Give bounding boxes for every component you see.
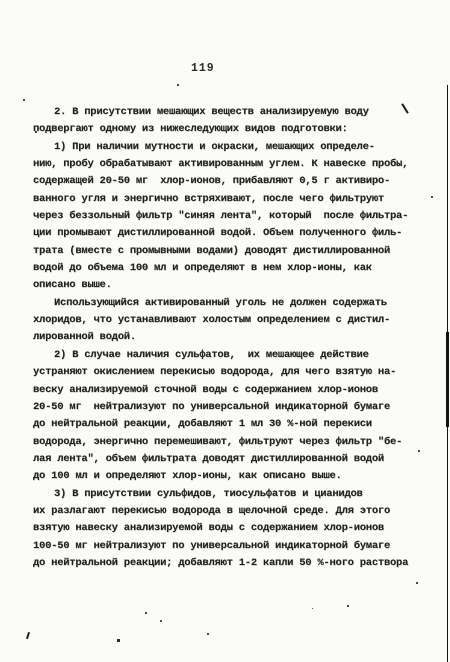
text-line: ванного угля и энергично встряхивают, по… bbox=[33, 191, 431, 208]
text-line: лированной водой. bbox=[33, 329, 431, 346]
text-line: водорода, энергично перемешивают, фильтр… bbox=[33, 434, 431, 451]
text-line: до 100 мл и определяют хлор-ионы, как оп… bbox=[33, 468, 431, 485]
scan-speck bbox=[347, 605, 349, 607]
text-line: трата (вместе с промывными водами) довод… bbox=[33, 243, 431, 260]
scan-speck bbox=[117, 639, 120, 642]
scan-speck bbox=[431, 196, 433, 198]
text-line: устраняют окислением перекисью водорода,… bbox=[33, 364, 431, 381]
text-line: описано выше. bbox=[33, 277, 431, 294]
scan-speck bbox=[312, 608, 313, 609]
scan-speck bbox=[145, 612, 147, 614]
text-line: до нейтральной реакции; добавляют 1-2 ка… bbox=[33, 555, 431, 572]
scanned-page: 119 2. В присутствии мешающих веществ ан… bbox=[0, 0, 450, 662]
scan-speck bbox=[160, 620, 162, 622]
text-line: ции промывают дистиллированной водой. Об… bbox=[33, 225, 431, 242]
text-line: лая лента", объем фильтрата доводят дист… bbox=[33, 451, 431, 468]
text-line: нию, пробу обрабатывают активированным у… bbox=[33, 156, 431, 173]
text-line: 2) В случае наличия сульфатов, их мешающ… bbox=[33, 347, 431, 364]
page-number: 119 bbox=[191, 62, 215, 75]
text-line: 20-50 мг нейтрализуют по универсальной и… bbox=[33, 399, 431, 416]
scan-speck bbox=[177, 84, 179, 86]
text-line: 100-50 мг нейтрализуют по универсальной … bbox=[33, 538, 431, 555]
text-line: хлоридов, что устанавливают холостым опр… bbox=[33, 312, 431, 329]
text-line: Использующийся активированный уголь не д… bbox=[33, 295, 431, 312]
scan-edge-line-thick bbox=[446, 332, 449, 427]
text-line: их разлагают перекисью водорода в щелочн… bbox=[33, 503, 431, 520]
text-block: 2. В присутствии мешающих веществ анализ… bbox=[33, 104, 431, 572]
scan-speck bbox=[416, 582, 418, 584]
text-line: 3) В присутствии сульфидов, тиосульфатов… bbox=[33, 486, 431, 503]
scan-hook-mark bbox=[26, 632, 30, 639]
scan-speck bbox=[418, 450, 420, 452]
text-line: 2. В присутствии мешающих веществ анализ… bbox=[33, 104, 431, 121]
text-line: через беззольный фильтр "синяя лента", к… bbox=[33, 208, 431, 225]
scan-speck bbox=[23, 99, 25, 101]
text-line: взятую навеску анализируемой воды с соде… bbox=[33, 520, 431, 537]
scan-speck bbox=[35, 131, 37, 133]
text-line: подвергают одному из нижеследующих видов… bbox=[33, 121, 431, 138]
text-line: содержащей 20-50 мг хлор-ионов, прибавля… bbox=[33, 173, 431, 190]
scan-speck bbox=[207, 633, 209, 635]
text-line: водой до объема 100 мл и определяют в не… bbox=[33, 260, 431, 277]
text-line: до нейтральной реакции, добавляют 1 мл 3… bbox=[33, 416, 431, 433]
text-line: веску анализируемой сточной воды с содер… bbox=[33, 382, 431, 399]
text-line: 1) При наличии мутности и окраски, мешаю… bbox=[33, 139, 431, 156]
